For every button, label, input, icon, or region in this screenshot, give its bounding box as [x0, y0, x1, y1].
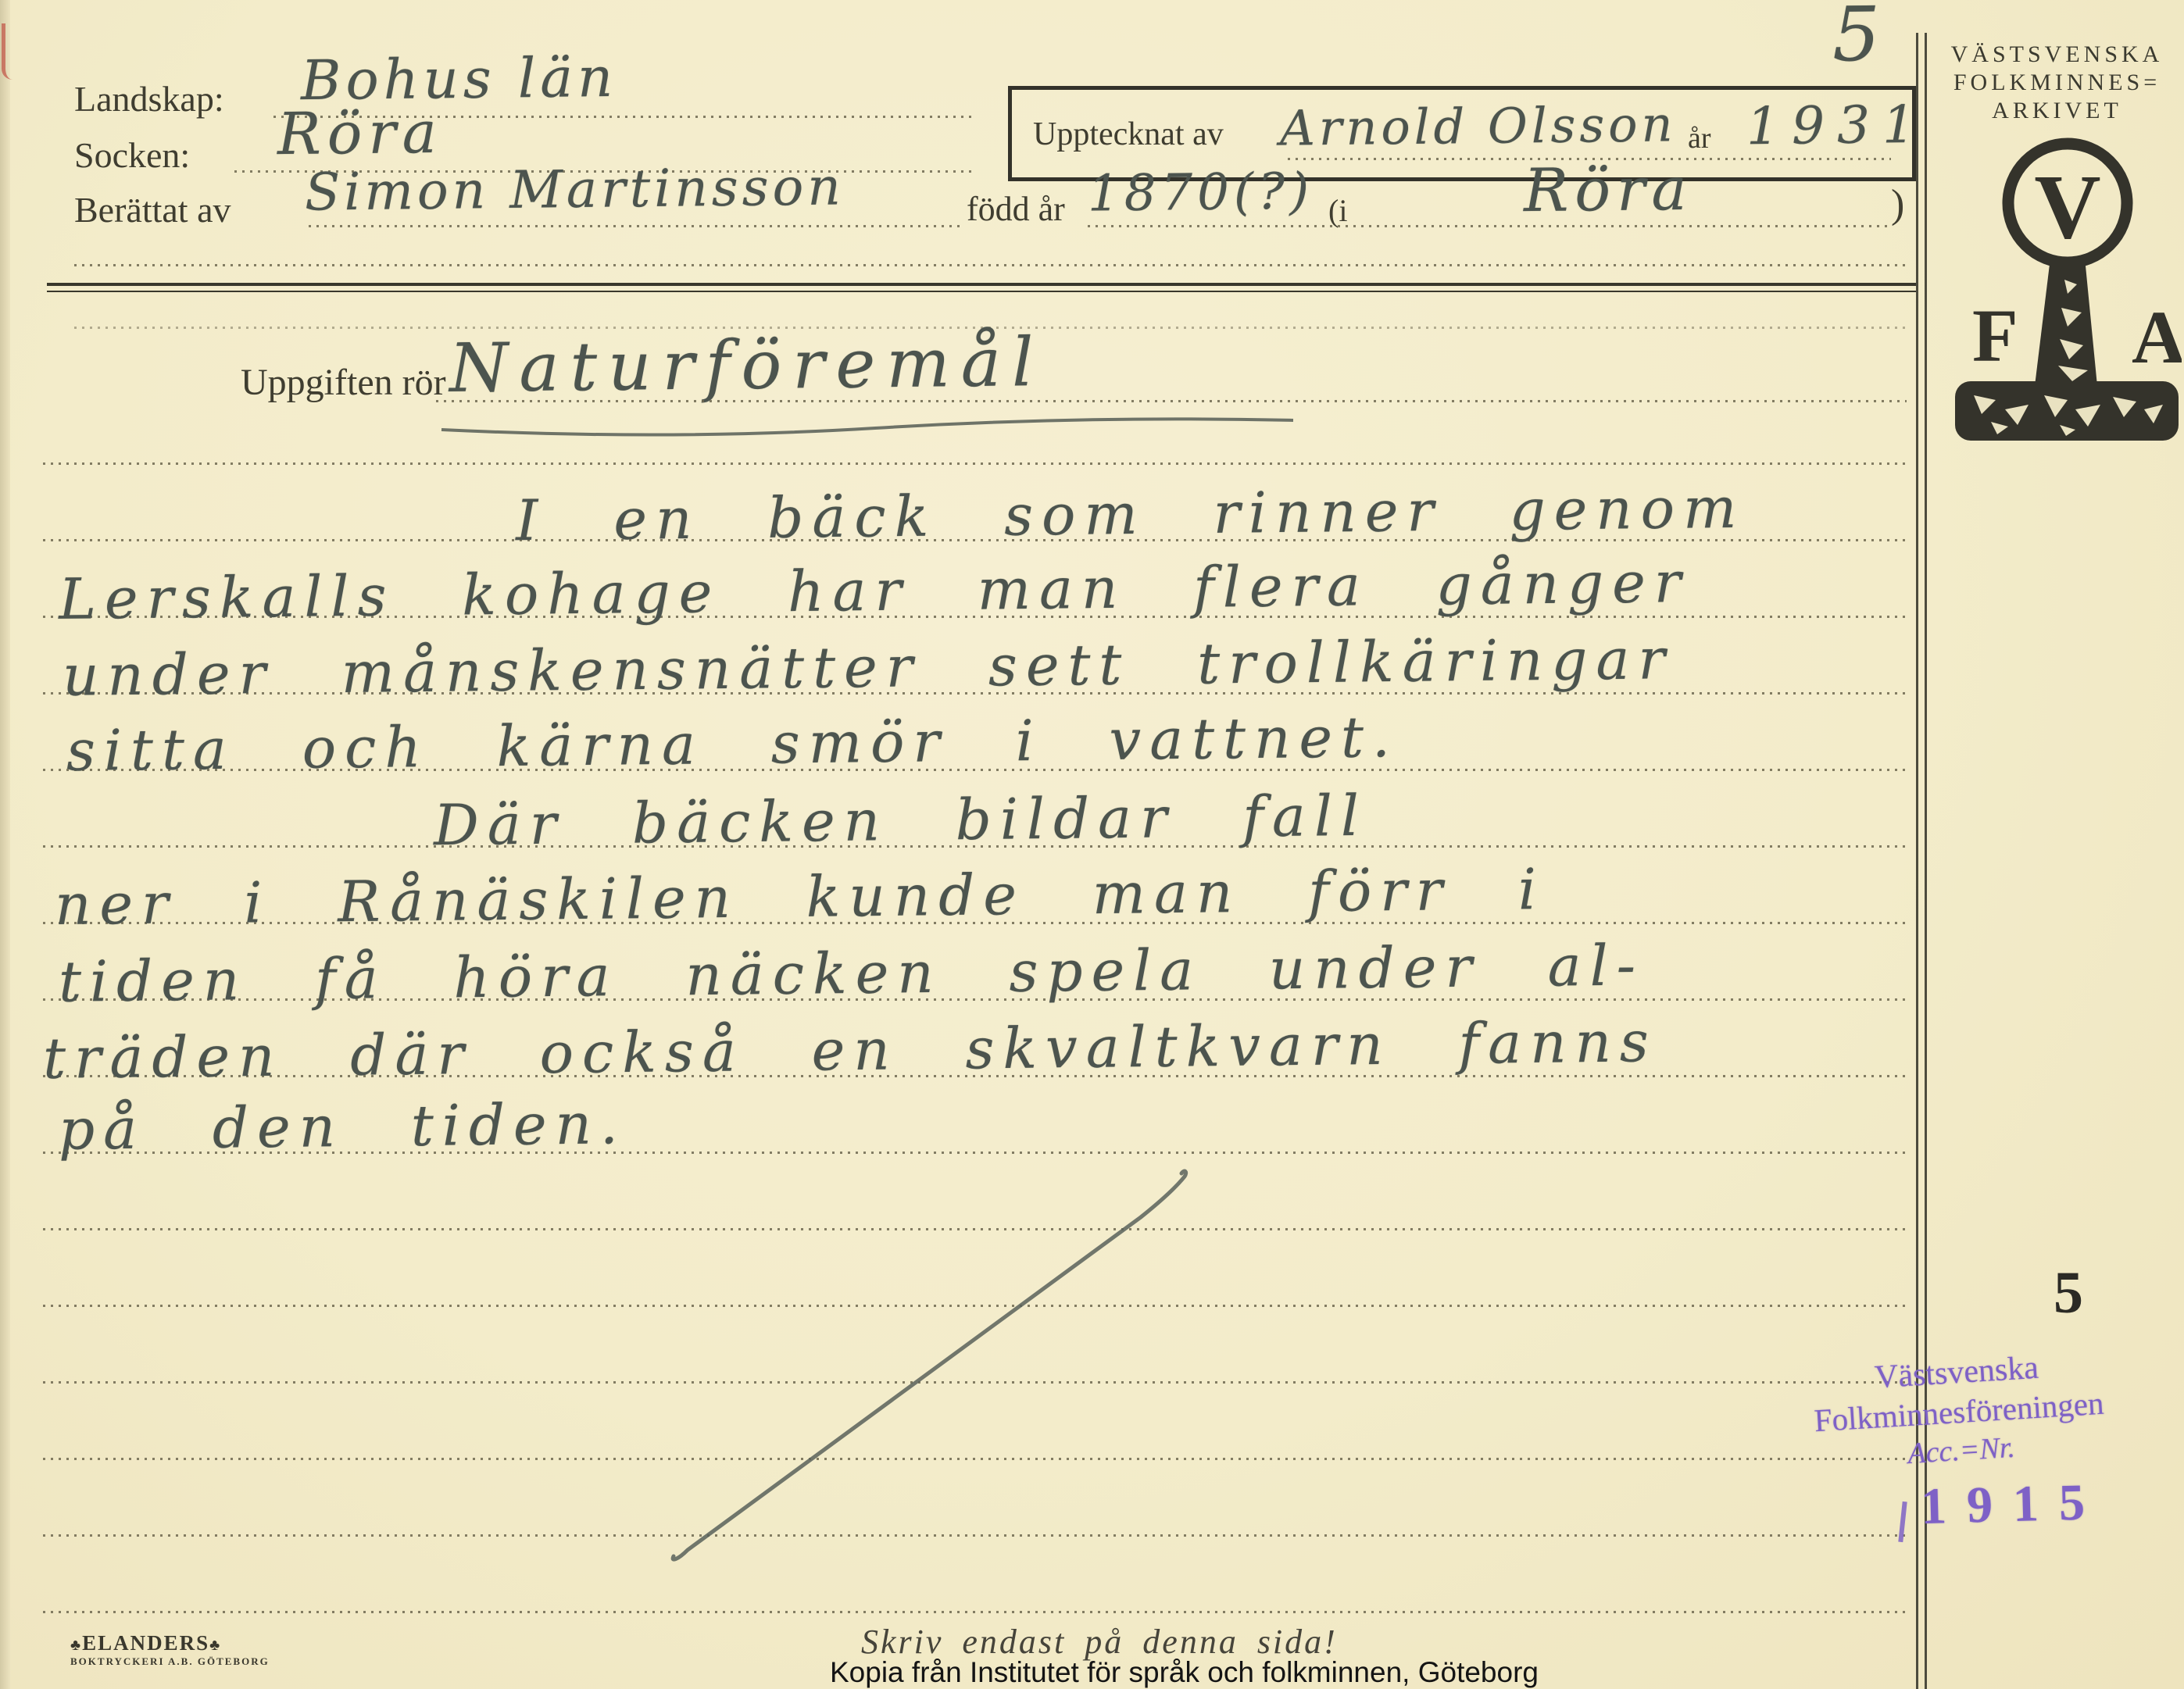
fodd-label: född år: [967, 189, 1065, 229]
archive-name-line1: VÄSTSVENSKA: [1930, 41, 2184, 68]
berattat-ruled-line: [309, 225, 963, 228]
subject-hand-underline: [438, 406, 1297, 437]
fodd-ruled-line: [1088, 225, 1887, 228]
upptecknat-label: Upptecknat av: [1033, 116, 1224, 153]
subject-ruled-line: [436, 400, 1907, 403]
berattat-value: Simon Martinsson: [305, 156, 845, 222]
fodd-place-value: Röra: [1524, 154, 1694, 225]
fodd-value: 1870(?): [1088, 162, 1314, 223]
fodd-place-prefix: (i: [1328, 192, 1347, 229]
subject-label: Uppgiften rör: [241, 361, 446, 404]
body-line: träden där också en skvaltkvarn fanns: [43, 1009, 1658, 1091]
handwritten-page-number: 5: [1832, 0, 1880, 78]
body-line: under månskensnätter sett trollkäringar: [63, 626, 1675, 709]
diagonal-pen-stroke: [656, 1156, 1219, 1578]
stamp-accession-number: 1915: [1920, 1473, 2106, 1537]
logo-letter-f: F: [1972, 294, 2018, 377]
red-margin-mark: [2, 23, 18, 80]
printed-page-number: 5: [2054, 1259, 2083, 1327]
body-line: på den tiden.: [59, 1091, 627, 1162]
socken-label: Socken:: [74, 134, 190, 176]
upptecknat-value: Arnold Olsson: [1280, 95, 1677, 156]
subject-value: Naturföremål: [449, 323, 1045, 408]
berattat-label: Berättat av: [74, 189, 231, 230]
archive-name-line2: FOLKMINNES=: [1930, 69, 2184, 96]
accession-stamp: Västsvenska Folkminnesföreningen Acc.=Nr…: [1780, 1342, 2138, 1480]
socken-value: Röra: [277, 99, 444, 168]
printer-name: ELANDERS: [82, 1631, 209, 1655]
body-line: Lerskalls kohage har man flera gånger: [59, 549, 1690, 632]
ruled-line: [43, 1611, 1911, 1614]
printer-mark: ♣ELANDERS♣ BOKTRYCKERI A.B. GÖTEBORG: [70, 1631, 270, 1668]
footer-copy-note: Kopia från Institutet för språk och folk…: [830, 1656, 1539, 1689]
logo-letter-a: A: [2132, 295, 2182, 379]
landskap-label: Landskap:: [74, 78, 224, 120]
header-rule-thin: [47, 291, 1916, 292]
scan-left-edge: [0, 0, 10, 1689]
upptecknat-year-label: år: [1688, 121, 1711, 155]
thors-hammer-logo: V F A: [1950, 127, 2182, 464]
header-ruled-line: [74, 264, 1911, 267]
body-line: Där bäcken bildar fall: [434, 783, 1368, 859]
header-rule-thick: [47, 283, 1916, 286]
printer-ornament-icon: ♣: [209, 1637, 221, 1654]
logo-letter-v: V: [2034, 155, 2100, 258]
upptecknat-year-value: 1931: [1746, 95, 1928, 156]
body-line: tiden få höra näcken spela under al-: [59, 932, 1645, 1014]
archive-name-line3: ARKIVET: [1930, 97, 2184, 124]
fodd-close-paren: ): [1891, 181, 1904, 227]
body-line: ner i Rånäskilen kunde man förr i: [55, 856, 1546, 937]
body-line: sitta och kärna smör i vattnet.: [66, 704, 1399, 784]
printer-subtitle: BOKTRYCKERI A.B. GÖTEBORG: [70, 1655, 270, 1668]
printer-ornament-icon: ♣: [70, 1637, 82, 1654]
archive-record-card: Landskap: Bohus län Socken: Röra Berätta…: [0, 0, 2184, 1689]
body-line: I en bäck som rinner genom: [516, 475, 1746, 553]
ruled-line: [43, 462, 1911, 466]
